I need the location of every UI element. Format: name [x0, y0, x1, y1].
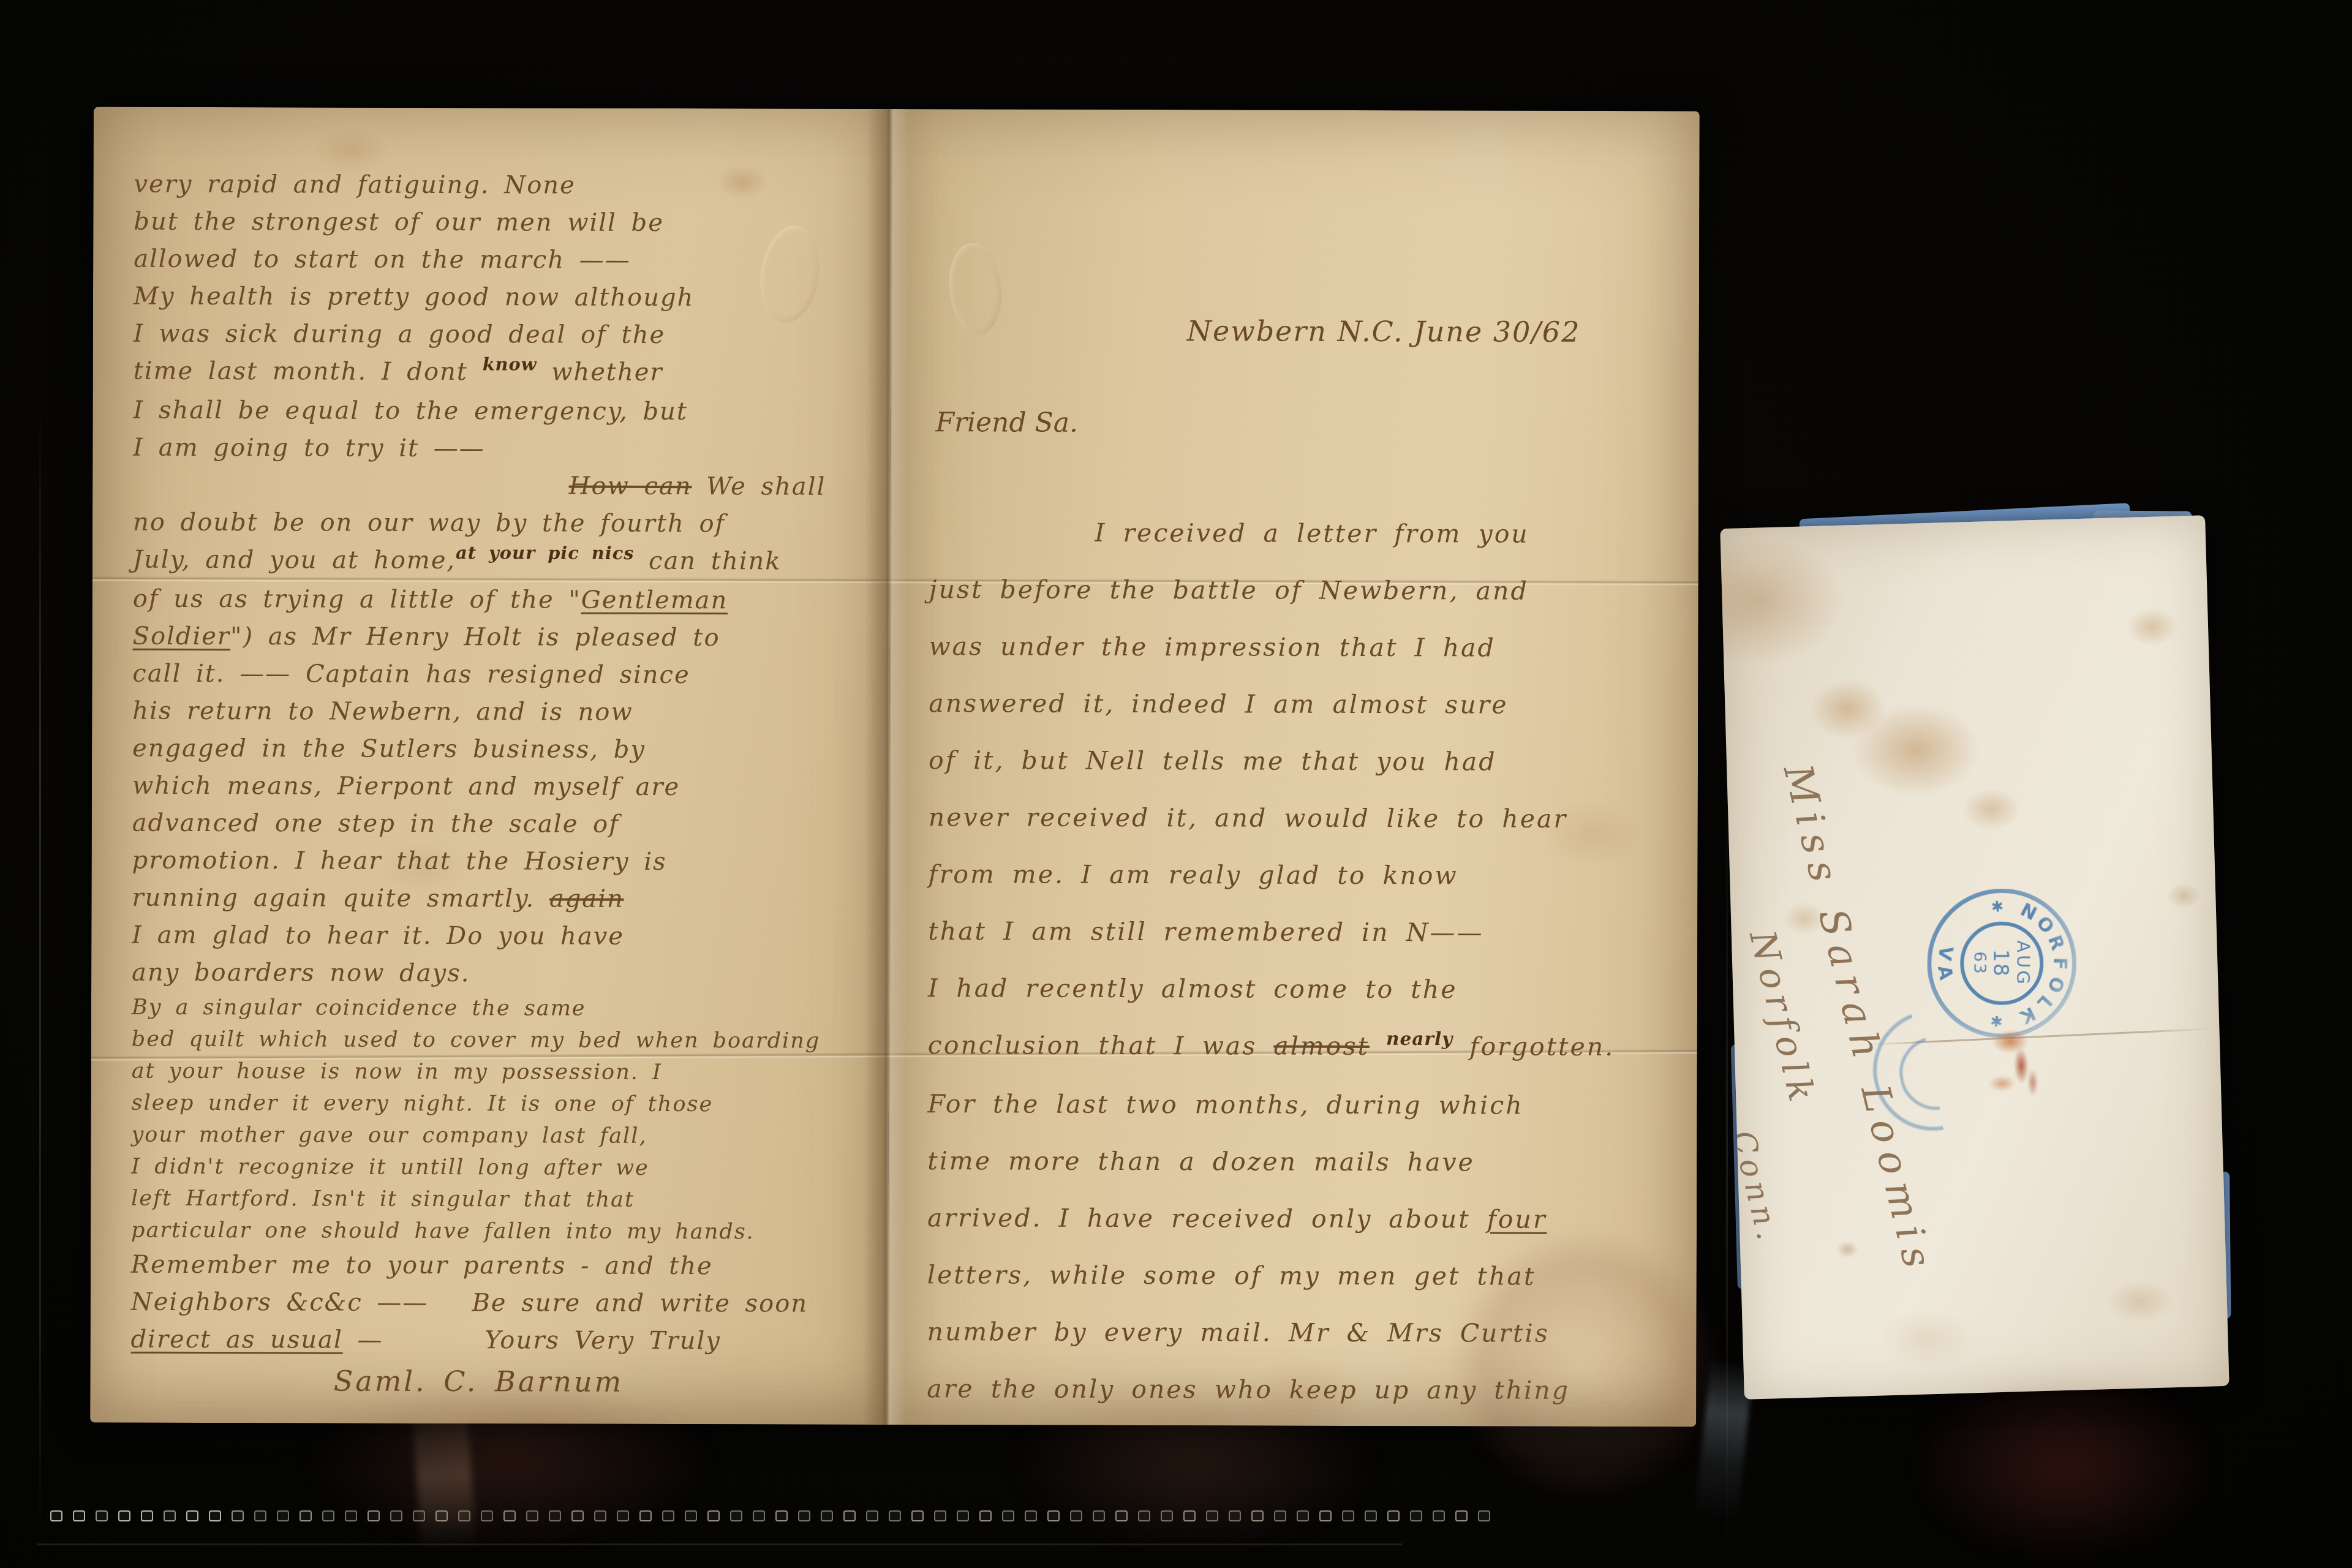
handwriting-segment: Gentleman [581, 586, 728, 615]
letter-line: advanced one step in the scale of [132, 805, 898, 844]
perforation-dot [1365, 1510, 1377, 1521]
letter-line: Remember me to your parents - and the [131, 1246, 897, 1286]
letter-line: I had recently almost come to the [928, 960, 1694, 1019]
letter-line: very rapid and fatiguing. None [134, 166, 899, 205]
letter-line: left Hartford. Isn't it singular that th… [131, 1183, 897, 1216]
letter-line: call it. —— Captain has resigned since [132, 655, 898, 695]
letter-line: I shall be equal to the emergency, but [133, 392, 899, 431]
handwriting-segment: answered it, indeed I am almost sure [929, 688, 1508, 719]
letter-line: any boarders now days. [132, 954, 897, 993]
perforation-dot [866, 1510, 878, 1521]
perforation-dot [1229, 1510, 1241, 1521]
handwriting-segment: from me. I am realy glad to know [928, 859, 1458, 890]
handwriting-segment: was under the impression that I had [929, 631, 1495, 662]
perforation-dot [503, 1510, 516, 1521]
letter-line: By a singular coincidence the same [132, 992, 897, 1025]
letter-line: your mother gave our company last fall, [131, 1119, 897, 1153]
handwriting-segment: — Yours Very Truly [343, 1326, 721, 1355]
perforation-dot [707, 1510, 720, 1521]
handwriting-segment: that I am still remembered in N—— [928, 916, 1483, 947]
letter-line: I am glad to hear it. Do you have [132, 917, 897, 956]
perforation-dot [186, 1510, 198, 1521]
sleeve-perforations [50, 1510, 1490, 1521]
handwriting-segment: your mother gave our company last fall, [131, 1123, 647, 1148]
handwriting-segment: arrived. I have received only about [927, 1203, 1487, 1234]
perforation-dot [775, 1510, 788, 1521]
perforation-dot [1161, 1510, 1173, 1521]
perforation-dot [662, 1510, 674, 1521]
handwriting-segment: Neighbors &c&c —— Be sure and write soon [131, 1288, 808, 1318]
perforation-dot [1478, 1510, 1490, 1521]
handwriting-segment: know [483, 345, 537, 383]
letter-line: of it, but Nell tells me that you had [929, 732, 1694, 791]
letter-line: My health is pretty good now although [134, 278, 899, 317]
perforation-dot [73, 1510, 85, 1521]
handwriting-segment: nearly [1386, 1010, 1453, 1067]
handwriting-segment: but the strongest of our men will be [134, 208, 664, 237]
handwriting-segment: I had recently almost come to the [928, 973, 1458, 1004]
letter-line: allowed to start on the march —— [134, 241, 899, 280]
envelope-front: Miss Sarah Loomis Norfolk Conn. AUG 18 6… [1720, 515, 2229, 1400]
perforation-dot [390, 1510, 402, 1521]
handwriting-segment: four [1487, 1205, 1547, 1234]
perforation-dot [889, 1510, 901, 1521]
handwriting-segment: We shall [692, 472, 826, 501]
handwriting-segment: are the only ones who keep up any thing [927, 1374, 1570, 1405]
letter-line: was under the impression that I had [929, 618, 1694, 677]
perforation-dot [1455, 1510, 1468, 1521]
perforation-dot [322, 1510, 334, 1521]
perforation-dot [435, 1510, 448, 1521]
handwriting-segment: Soldier [132, 622, 230, 650]
handwriting-segment: I didn't recognize it untill long after … [131, 1155, 649, 1180]
perforation-dot [1342, 1510, 1354, 1521]
letter-line: July, and you at home,at your pic nics c… [133, 541, 899, 582]
photo-background: very rapid and fatiguing. Nonebut the st… [0, 0, 2352, 1568]
handwriting-segment: almost [1273, 1031, 1370, 1061]
letter-line: at your house is now in my possession. I [132, 1055, 897, 1089]
perforation-dot [345, 1510, 357, 1521]
handwriting-segment: whether [537, 358, 663, 386]
letter-line: For the last two months, during which [927, 1076, 1693, 1134]
handwriting-segment: conclusion that I was [928, 1030, 1274, 1060]
letter-line: letters, while some of my men get that [927, 1246, 1693, 1305]
postmark-letter: ✱ [1989, 1011, 2003, 1030]
letter-line: engaged in the Sutlers business, by [132, 730, 898, 769]
handwriting-segment: at your house is now in my possession. I [132, 1059, 662, 1085]
perforation-dot [118, 1510, 130, 1521]
sleeve-glare [1868, 1366, 2260, 1568]
handwriting-segment: ") as Mr Henry Holt is pleased to [230, 622, 720, 652]
perforation-dot [594, 1510, 606, 1521]
handwriting-segment: I am glad to hear it. Do you have [132, 921, 624, 951]
perforation-dot [96, 1510, 108, 1521]
handwriting-segment: Saml. C. Barnum [130, 1364, 624, 1398]
letter-line: time more than a dozen mails have [927, 1133, 1693, 1191]
perforation-dot [141, 1510, 153, 1521]
handwriting-segment: I am going to try it —— [133, 434, 485, 463]
perforation-dot [1433, 1510, 1445, 1521]
handwriting-segment: direct as usual [130, 1325, 342, 1354]
handwriting-segment: which means, Pierpont and myself are [132, 772, 680, 801]
handwriting-segment: engaged in the Sutlers business, by [132, 734, 646, 764]
handwriting-segment: bed quilt which used to cover my bed whe… [132, 1027, 821, 1053]
perforation-dot [617, 1510, 629, 1521]
postmark-year: 63 [1970, 951, 1989, 975]
perforation-dot [1115, 1510, 1128, 1521]
handwriting-segment: sleep under it every night. It is one of… [132, 1091, 714, 1117]
letter-line: How can We shall [133, 467, 899, 506]
handwriting-segment: just before the battle of Newbern, and [929, 575, 1529, 606]
perforation-dot [1093, 1510, 1105, 1521]
perforation-dot [1297, 1510, 1309, 1521]
perforation-dot [1319, 1510, 1332, 1521]
sleeve-edge-bottom [37, 1543, 1403, 1545]
handwriting-segment: I received a letter from you [929, 518, 1529, 549]
handwriting-segment: running again quite smartly. [132, 884, 549, 913]
perforation-dot [413, 1510, 425, 1521]
letter-line: I received a letter from you [929, 504, 1695, 563]
perforation-dot [458, 1510, 470, 1521]
postmark-letter: ✱ [1991, 897, 2004, 915]
letter-line: conclusion that I was almost nearly forg… [928, 1017, 1694, 1077]
handwriting-segment [133, 471, 569, 500]
perforation-dot [979, 1510, 992, 1521]
postmark-stamp: AUG 18 63 NORFOLKVA✱✱ [1926, 888, 2077, 1039]
letter-salutation: Friend Sa. [935, 407, 1695, 440]
perforation-dot [1183, 1510, 1196, 1521]
handwriting-segment: How can [569, 472, 692, 501]
letter-line: are the only ones who keep up any thing [927, 1360, 1692, 1419]
perforation-dot [549, 1510, 561, 1521]
perforation-dot [911, 1510, 924, 1521]
perforation-dot [639, 1510, 652, 1521]
handwriting-segment [1370, 1031, 1386, 1061]
handwriting-segment: I shall be equal to the emergency, but [133, 396, 688, 426]
handwriting-segment: I was sick during a good deal of the [134, 320, 665, 349]
letter-line: number by every mail. Mr & Mrs Curtis [927, 1303, 1692, 1362]
handwriting-segment: Remember me to your parents - and the [131, 1251, 713, 1280]
handwriting-segment: at your pic nics [456, 534, 634, 572]
perforation-dot [164, 1510, 176, 1521]
perforation-dot [481, 1510, 493, 1521]
perforation-dot [571, 1510, 584, 1521]
letter-line: answered it, indeed I am almost sure [929, 675, 1694, 734]
perforation-dot [277, 1510, 289, 1521]
perforation-dot [753, 1510, 765, 1521]
handwriting-segment: very rapid and fatiguing. None [134, 170, 575, 200]
handwriting-segment: My health is pretty good now although [134, 282, 694, 312]
handwriting-segment: time last month. I dont [134, 357, 483, 386]
letter-line: that I am still remembered in N—— [928, 903, 1694, 962]
handwriting-segment: no doubt be on our way by the fourth of [133, 508, 726, 538]
removed-stamp-residue [1976, 1027, 2054, 1102]
handwriting-segment: his return to Newbern, and is now [132, 697, 633, 726]
letter-line: his return to Newbern, and is now [132, 693, 898, 732]
letter-line: arrived. I have received only about four [927, 1189, 1693, 1248]
handwriting-segment: of us as trying a little of the " [133, 585, 581, 614]
handwriting-segment: call it. —— Captain has resigned since [132, 660, 690, 689]
letter-body-lines: I received a letter from youjust before … [927, 504, 1695, 1427]
handwriting-segment: number by every mail. Mr & Mrs Curtis [927, 1317, 1550, 1348]
perforation-dot [730, 1510, 742, 1521]
postmark-date: AUG 18 63 [1964, 925, 2040, 1001]
handwriting-segment: promotion. I hear that the Hosiery is [132, 846, 667, 876]
perforation-dot [254, 1510, 266, 1521]
handwriting-segment: allowed to start on the march —— [134, 245, 631, 274]
handwriting-segment: For the last two months, during which [927, 1089, 1523, 1120]
letter-line: I am going to try it —— [133, 429, 899, 469]
perforation-dot [300, 1510, 312, 1521]
perforation-dot [526, 1510, 538, 1521]
letter-sheet: very rapid and fatiguing. Nonebut the st… [90, 107, 1700, 1427]
perforation-dot [1047, 1510, 1060, 1521]
letter-line: but the strongest of our men will be [134, 203, 899, 243]
envelope: Miss Sarah Loomis Norfolk Conn. AUG 18 6… [1720, 515, 2229, 1400]
letter-line: I didn't recognize it untill long after … [131, 1151, 897, 1185]
letter-line: which means, Pierpont and myself are [132, 767, 898, 807]
letter-line: from me. I am realy glad to know [928, 846, 1694, 905]
sleeve-edge-left [39, 392, 41, 1543]
perforation-dot [1002, 1510, 1014, 1521]
letter-line: sleep under it every night. It is one of… [131, 1087, 897, 1121]
letter-line: just before the battle of Newbern, and [929, 561, 1695, 620]
letter-line: Saml. C. Barnum [130, 1359, 896, 1404]
perforation-dot [934, 1510, 946, 1521]
letter-line: direct as usual — Yours Very Truly [130, 1321, 896, 1360]
letter-left-page-text: very rapid and fatiguing. Nonebut the st… [130, 166, 899, 1404]
postmark-day: 18 [1989, 949, 2013, 978]
letter-line: Neighbors &c&c —— Be sure and write soon [131, 1284, 897, 1323]
perforation-dot [798, 1510, 810, 1521]
letter-dateline: Newbern N.C. June 30/62 [1187, 314, 1695, 349]
letter-line: like a correspondance with me. [927, 1417, 1692, 1427]
perforation-dot [1206, 1510, 1218, 1521]
handwriting-segment: By a singular coincidence the same [132, 995, 586, 1021]
perforation-dot [1251, 1510, 1264, 1521]
letter-line: time last month. I dont know whether [134, 353, 899, 394]
letter-line: particular one should have fallen into m… [131, 1215, 897, 1248]
handwriting-segment: July, and you at home, [133, 546, 456, 575]
handwriting-segment: forgotten. [1453, 1031, 1615, 1061]
letter-line: never received it, and would like to hea… [929, 789, 1694, 848]
perforation-dot [367, 1510, 380, 1521]
handwriting-segment: never received it, and would like to hea… [929, 802, 1567, 834]
perforation-dot [232, 1510, 244, 1521]
handwriting-segment: can think [634, 547, 781, 576]
letter-line: running again quite smartly. again [132, 880, 897, 919]
perforation-dot [1410, 1510, 1422, 1521]
letter-line: of us as trying a little of the "Gentlem… [133, 581, 899, 620]
perforation-dot [821, 1510, 833, 1521]
perforation-dot [957, 1510, 969, 1521]
handwriting-segment: any boarders now days. [132, 959, 470, 987]
letter-line: Soldier") as Mr Henry Holt is pleased to [132, 618, 898, 657]
handwriting-segment: again [549, 885, 624, 913]
perforation-dot [1387, 1510, 1400, 1521]
letter-right-page-text: Newbern N.C. June 30/62 Friend Sa. I rec… [927, 168, 1696, 1427]
letter-line: bed quilt which used to cover my bed whe… [132, 1023, 897, 1057]
handwriting-segment: left Hartford. Isn't it singular that th… [131, 1186, 635, 1212]
perforation-dot [50, 1510, 62, 1521]
letter-line: promotion. I hear that the Hosiery is [132, 842, 898, 881]
handwriting-segment: letters, while some of my men get that [927, 1260, 1536, 1291]
handwriting-segment: time more than a dozen mails have [927, 1146, 1475, 1177]
sleeve-edge-right [1726, 735, 1728, 1556]
perforation-dot [1138, 1510, 1150, 1521]
handwriting-segment: particular one should have fallen into m… [131, 1218, 755, 1245]
perforation-dot [1070, 1510, 1082, 1521]
perforation-dot [685, 1510, 697, 1521]
postmark-letter: F [2049, 957, 2070, 970]
perforation-dot [843, 1510, 856, 1521]
handwriting-segment: of it, but Nell tells me that you had [929, 745, 1497, 776]
postmark-month: AUG [2013, 940, 2034, 987]
perforation-dot [209, 1510, 221, 1521]
perforation-dot [1025, 1510, 1037, 1521]
handwriting-segment: advanced one step in the scale of [132, 809, 619, 839]
perforation-dot [1274, 1510, 1286, 1521]
